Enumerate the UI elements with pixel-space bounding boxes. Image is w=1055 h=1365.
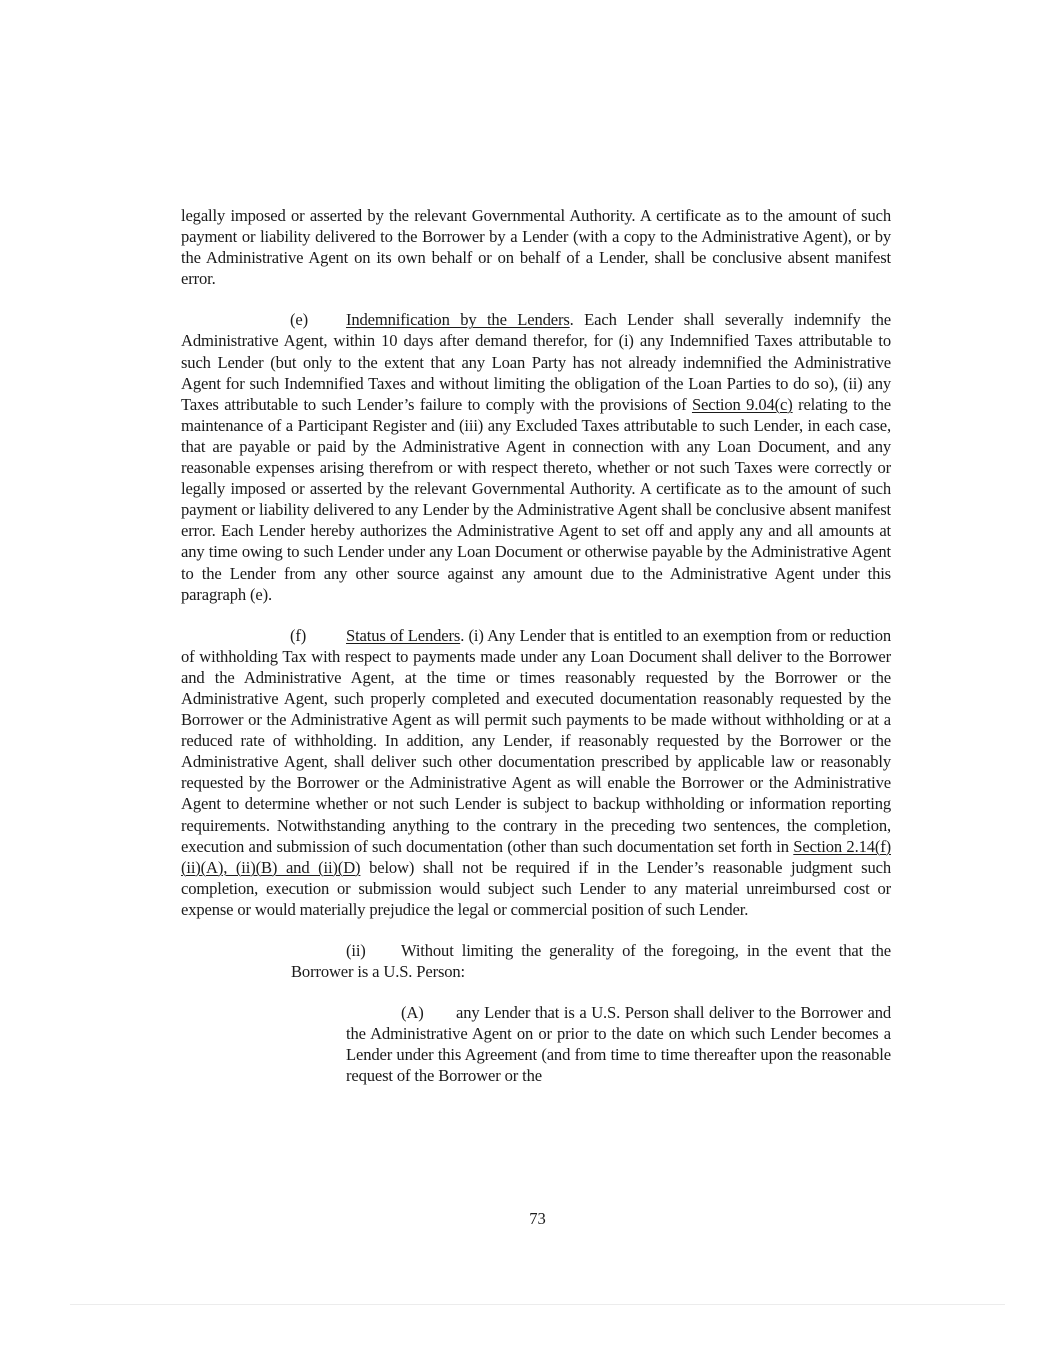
clause-a-paragraph: (A)any Lender that is a U.S. Person shal… [346,1002,891,1086]
section-f-paragraph: (f)Status of Lenders. (i) Any Lender tha… [181,625,891,920]
section-f-text-part1: (i) Any Lender that is entitled to an ex… [181,626,891,856]
section-f-label: (f) [290,625,346,646]
subsection-ii-paragraph: (ii)Without limiting the generality of t… [291,940,891,982]
section-e-heading: Indemnification by the Lenders [346,310,570,329]
subsection-ii-label: (ii) [346,940,401,961]
section-e-text-part2: relating to the maintenance of a Partici… [181,395,891,604]
section-e-paragraph: (e)Indemnification by the Lenders. Each … [181,309,891,604]
section-e-label: (e) [290,309,346,330]
section-f-heading: Status of Lenders [346,626,460,645]
page-divider [70,1304,1005,1305]
section-9-04c-reference: Section 9.04(c) [692,395,793,414]
intro-paragraph: legally imposed or asserted by the relev… [181,205,891,289]
clause-a-label: (A) [401,1002,456,1023]
document-page-body: legally imposed or asserted by the relev… [181,205,891,1107]
page-number: 73 [0,1209,1055,1229]
